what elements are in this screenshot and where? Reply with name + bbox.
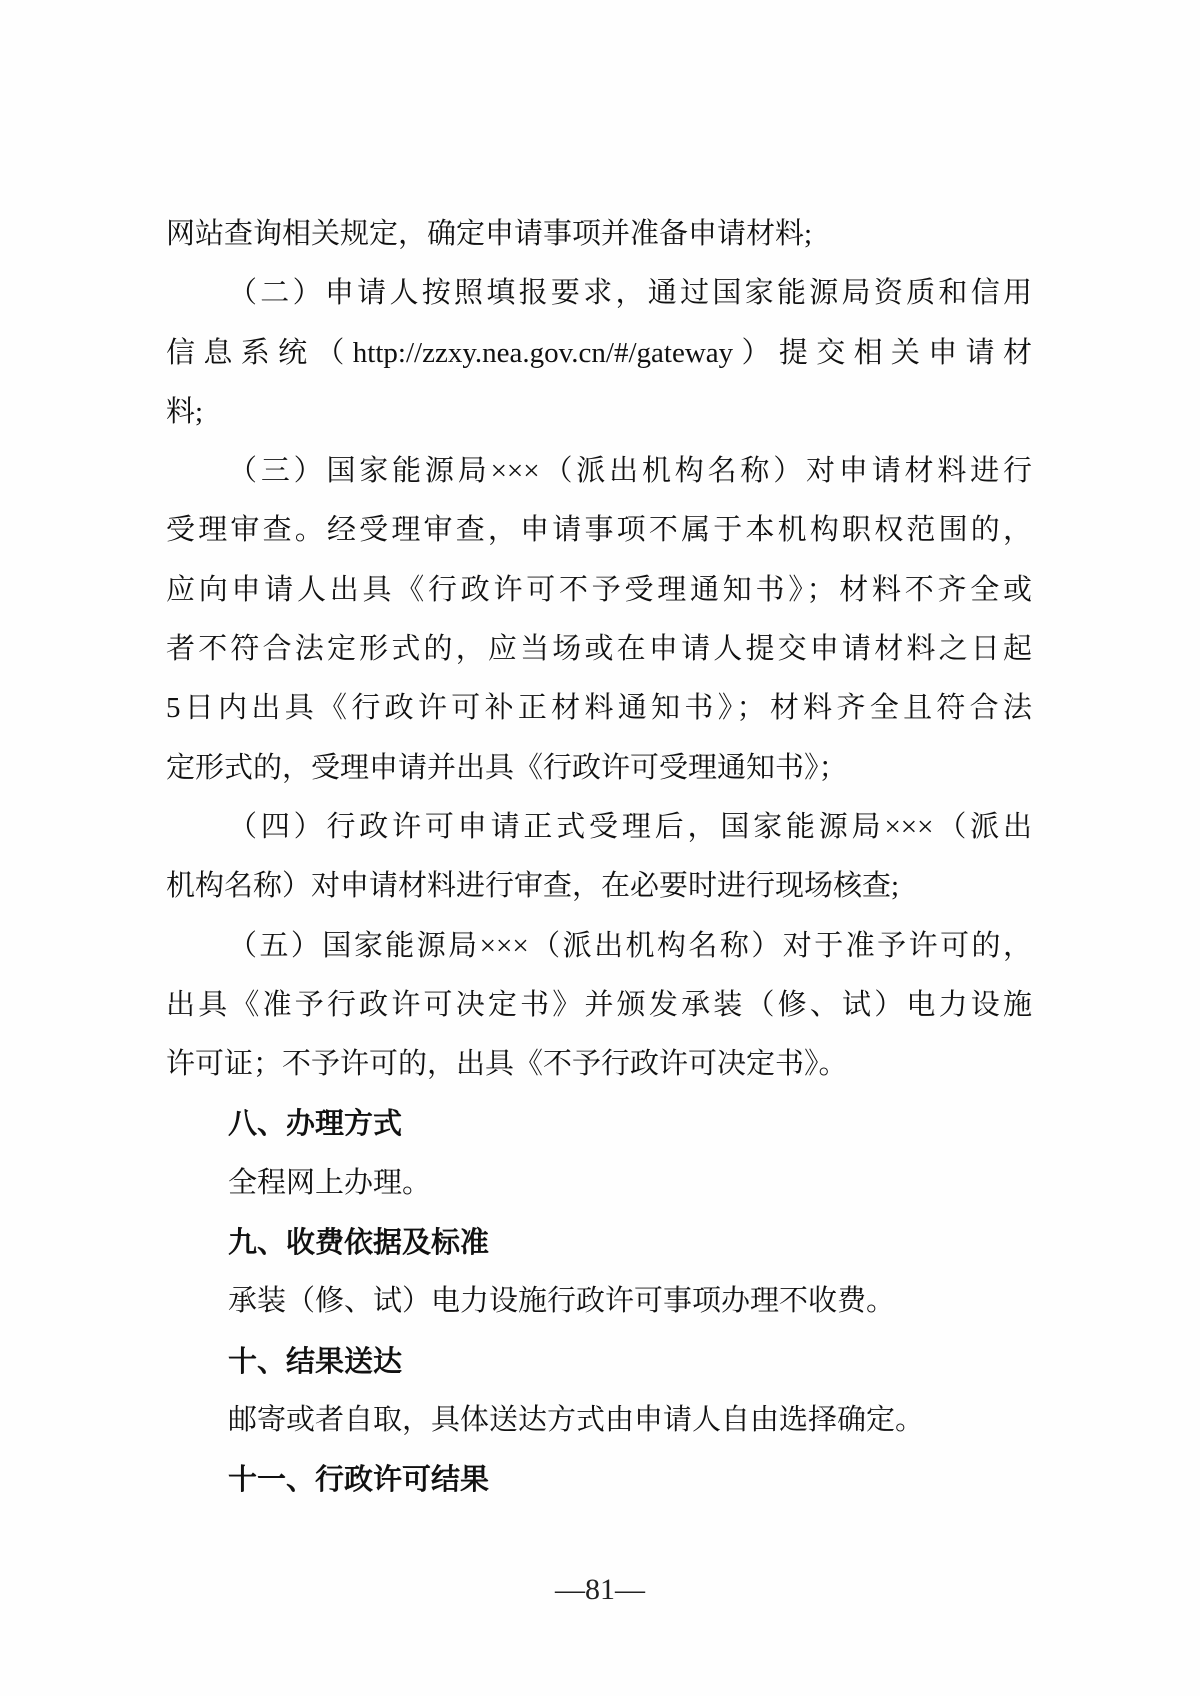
paragraph-line: 5日内出具《行政许可补正材料通知书》；材料齐全且符合法 [166,679,1032,738]
paragraph-line: （三）国家能源局×××（派出机构名称）对申请材料进行 [166,442,1032,501]
paragraph-line: 定形式的，受理申请并出具《行政许可受理通知书》； [166,739,1032,798]
section-heading-result-delivery: 十、结果送达 [166,1332,1032,1391]
paragraph-line: 受理审查。经受理审查，申请事项不属于本机构职权范围的， [166,501,1032,560]
paragraph-line: （二）申请人按照填报要求，通过国家能源局资质和信用 [166,264,1032,323]
section-heading-permit-result: 十一、行政许可结果 [166,1450,1032,1509]
document-page: 网站查询相关规定，确定申请事项并准备申请材料; （二）申请人按照填报要求，通过国… [0,0,1200,1696]
section-heading-handling-method: 八、办理方式 [166,1094,1032,1153]
paragraph-line: 信息系统（http://zzxy.nea.gov.cn/#/gateway）提交… [166,324,1032,383]
paragraph-line: 许可证；不予许可的，出具《不予行政许可决定书》。 [166,1035,1032,1094]
paragraph-line: 应向申请人出具《行政许可不予受理通知书》；材料不齐全或 [166,561,1032,620]
section-heading-fee-basis: 九、收费依据及标准 [166,1213,1032,1272]
document-body: 网站查询相关规定，确定申请事项并准备申请材料; （二）申请人按照填报要求，通过国… [166,205,1032,1510]
paragraph-line: 邮寄或者自取，具体送达方式由申请人自由选择确定。 [166,1391,1032,1450]
paragraph-line: 者不符合法定形式的，应当场或在申请人提交申请材料之日起 [166,620,1032,679]
paragraph-line: 机构名称）对申请材料进行审查，在必要时进行现场核查; [166,857,1032,916]
paragraph-line: 承装（修、试）电力设施行政许可事项办理不收费。 [166,1272,1032,1331]
page-number: —81— [0,1573,1200,1607]
paragraph-line: 全程网上办理。 [166,1154,1032,1213]
paragraph-line: （五）国家能源局×××（派出机构名称）对于准予许可的， [166,917,1032,976]
paragraph-line: 网站查询相关规定，确定申请事项并准备申请材料; [166,205,1032,264]
paragraph-line: 料; [166,383,1032,442]
paragraph-line: （四）行政许可申请正式受理后，国家能源局×××（派出 [166,798,1032,857]
paragraph-line: 出具《准予行政许可决定书》并颁发承装（修、试）电力设施 [166,976,1032,1035]
